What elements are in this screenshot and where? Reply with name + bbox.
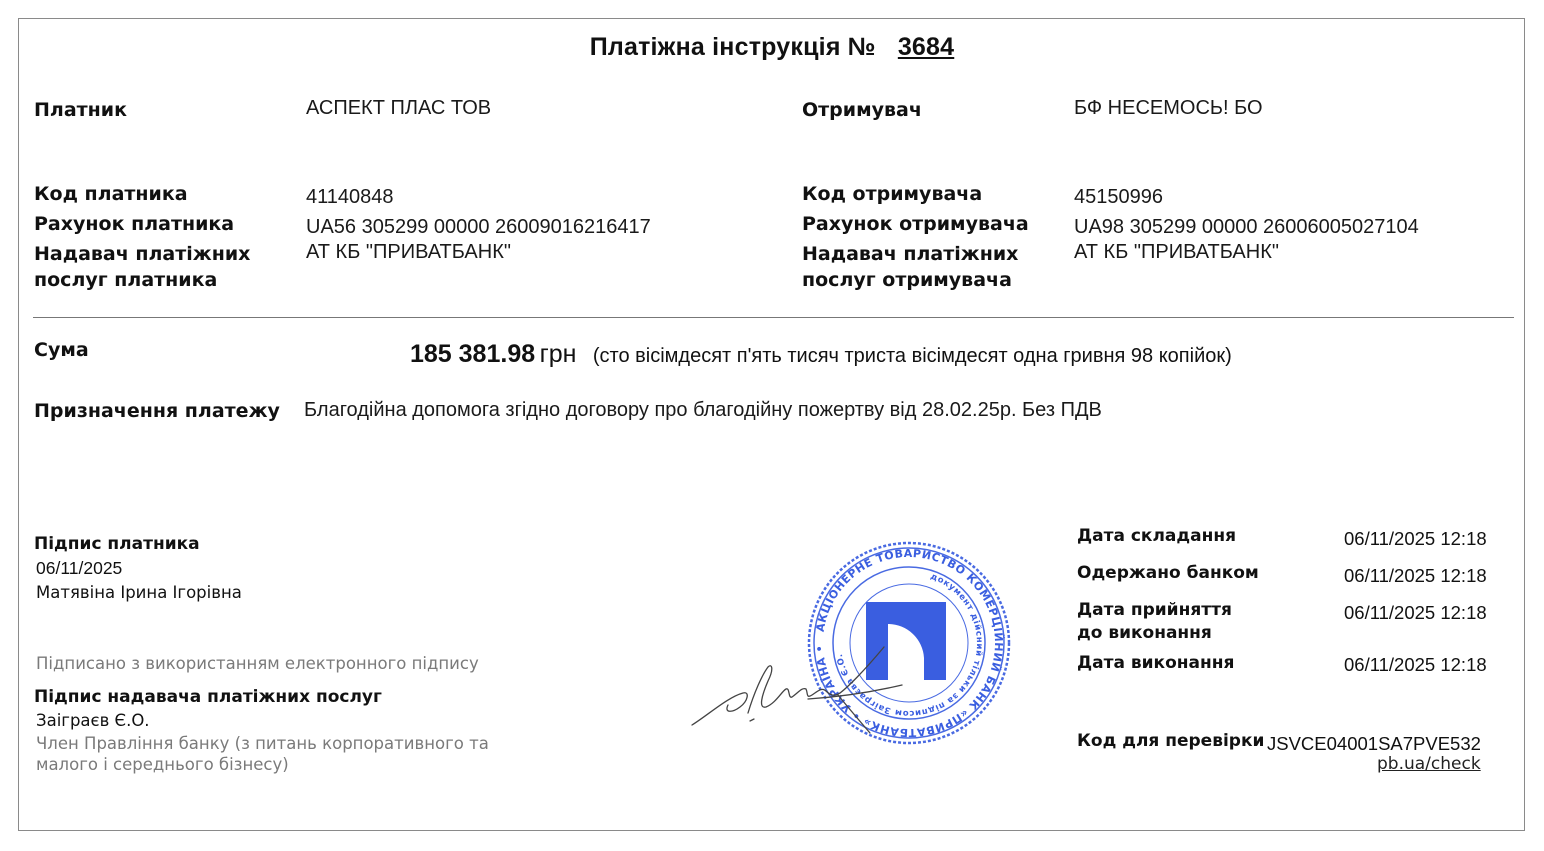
payer-account: UA56 305299 00000 26009016216417	[306, 214, 651, 240]
recipient-label: Отримувач	[802, 97, 922, 123]
received-by-bank-label: Одержано банком	[1077, 562, 1259, 585]
provider-signer-name: Заіграєв Є.О.	[36, 709, 150, 732]
recipient-name: БФ НЕСЕМОСЬ! БО	[1074, 95, 1263, 121]
date-accepted-value: 06/11/2025 12:18	[1344, 601, 1487, 624]
payer-provider-label-1: Надавач платіжних	[34, 241, 250, 267]
purpose-text: Благодійна допомога згідно договору про …	[304, 397, 1102, 423]
date-executed-label: Дата виконання	[1077, 652, 1234, 675]
amount-label: Сума	[34, 337, 89, 363]
e-signature-note: Підписано з використанням електронного п…	[36, 652, 479, 675]
payer-provider-label-2: послуг платника	[34, 267, 217, 293]
recipient-provider-label-2: послуг отримувача	[802, 267, 1012, 293]
payer-code: 41140848	[306, 184, 394, 210]
date-created-label: Дата складання	[1077, 525, 1236, 548]
payer-signature-label: Підпис платника	[34, 533, 200, 556]
payer-signature-name: Матявіна Ірина Ігорівна	[36, 581, 242, 604]
payer-label: Платник	[34, 97, 127, 123]
payer-signature-date: 06/11/2025	[36, 557, 122, 580]
verification-code-label: Код для перевірки	[1077, 730, 1264, 753]
amount-value: 185 381.98	[410, 340, 535, 368]
purpose-label: Призначення платежу	[34, 398, 280, 424]
provider-signature-label: Підпис надавача платіжних послуг	[34, 686, 382, 709]
recipient-code-label: Код отримувача	[802, 181, 982, 207]
provider-signer-position-1: Член Правління банку (з питань корпорати…	[36, 732, 489, 755]
handwritten-signature-icon	[688, 635, 918, 745]
amount-row: 185 381.98 грн (сто вісімдесят п'ять тис…	[410, 338, 1232, 374]
title-label: Платіжна інструкція №	[590, 33, 876, 61]
received-by-bank-value: 06/11/2025 12:18	[1344, 564, 1487, 587]
recipient-provider-label-1: Надавач платіжних	[802, 241, 1018, 267]
payer-provider: АТ КБ "ПРИВАТБАНК"	[306, 239, 511, 265]
date-executed-value: 06/11/2025 12:18	[1344, 653, 1487, 676]
provider-signer-position-2: малого і середнього бізнесу)	[36, 753, 289, 776]
date-created-value: 06/11/2025 12:18	[1344, 527, 1487, 550]
document-title: Платіжна інструкція №3684	[30, 33, 1514, 62]
recipient-code: 45150996	[1074, 184, 1163, 210]
payer-account-label: Рахунок платника	[34, 211, 234, 237]
payer-name: АСПЕКТ ПЛАС ТОВ	[306, 95, 491, 121]
recipient-provider: АТ КБ "ПРИВАТБАНК"	[1074, 239, 1279, 265]
verification-link[interactable]: pb.ua/check	[1377, 753, 1481, 776]
payer-code-label: Код платника	[34, 181, 188, 207]
recipient-account-label: Рахунок отримувача	[802, 211, 1029, 237]
verification-code: JSVCE04001SA7PVE532	[1267, 732, 1481, 755]
date-accepted-label-1: Дата прийняття	[1077, 599, 1232, 622]
section-divider	[33, 317, 1514, 318]
date-accepted-label-2: до виконання	[1077, 622, 1212, 645]
amount-currency: грн	[540, 340, 577, 368]
recipient-account: UA98 305299 00000 26006005027104	[1074, 214, 1419, 240]
amount-words: (сто вісімдесят п'ять тисяч триста вісім…	[593, 345, 1232, 367]
instruction-number: 3684	[898, 33, 954, 61]
